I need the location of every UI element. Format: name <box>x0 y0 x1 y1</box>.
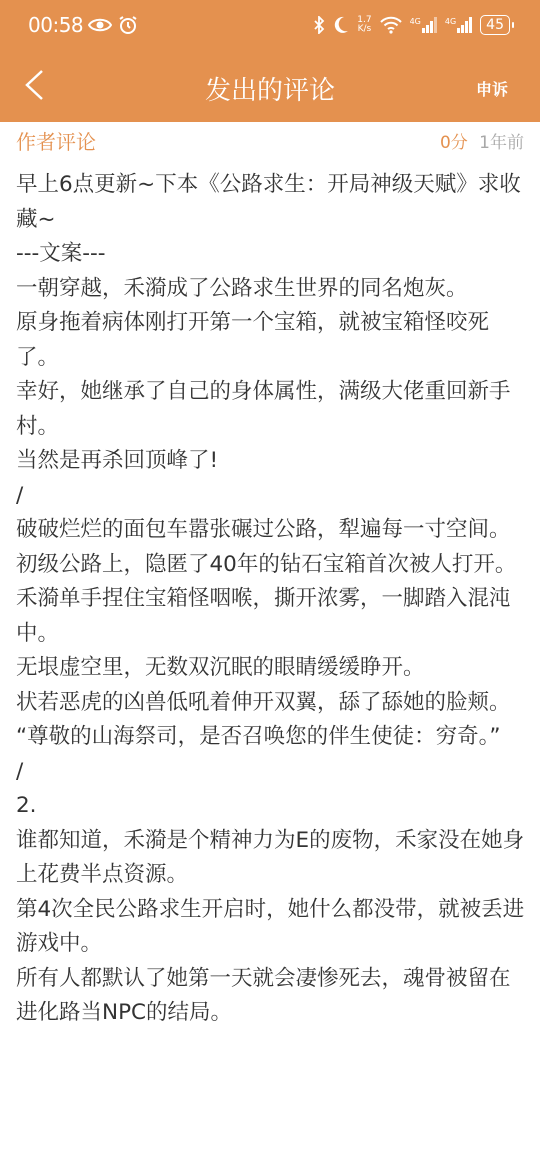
comment-score: 0分 <box>440 133 468 153</box>
signal-4g-icon: 4G <box>410 17 437 33</box>
status-bar: 00:58 1.7 K/s 4G 4G 45 <box>0 0 540 50</box>
comment-line: 所有人都默认了她第一天就会凄惨死去，魂骨被留在进化路当NPC的结局。 <box>16 962 526 1031</box>
battery-icon: 45 <box>480 15 510 35</box>
comment-line: / <box>16 479 526 514</box>
moon-icon <box>333 13 349 37</box>
comment-line: 早上6点更新~下本《公路求生：开局神级天赋》求收藏~ <box>16 168 526 237</box>
comment-time: 1年前 <box>479 133 524 153</box>
comment-line: 第4次全民公路求生开启时，她什么都没带，就被丢进游戏中。 <box>16 893 526 962</box>
comment-meta: 作者评论 0分 1年前 <box>16 124 524 154</box>
status-time: 00:58 <box>28 13 83 37</box>
comment-line: 无垠虚空里，无数双沉眠的眼睛缓缓睁开。 <box>16 651 526 686</box>
net-speed: 1.7 K/s <box>357 16 371 34</box>
comment-line: 原身拖着病体刚打开第一个宝箱，就被宝箱怪咬死了。 <box>16 306 526 375</box>
comment-line: 初级公路上，隐匿了40年的钻石宝箱首次被人打开。 <box>16 548 526 583</box>
comment-line: 破破烂烂的面包车嚣张碾过公路，犁遍每一寸空间。 <box>16 513 526 548</box>
comment-line: 当然是再杀回顶峰了! <box>16 444 526 479</box>
comment-type-label: 作者评论 <box>16 126 96 155</box>
signal-4g-icon: 4G <box>445 17 472 33</box>
comment-line: 禾漪单手捏住宝箱怪咽喉，撕开浓雾，一脚踏入混沌中。 <box>16 582 526 651</box>
comment-line: / <box>16 755 526 790</box>
comment-line: “尊敬的山海祭司，是否召唤您的伴生使徒：穷奇。” <box>16 720 526 755</box>
alarm-icon <box>118 13 138 37</box>
eye-icon <box>88 13 112 37</box>
wifi-icon <box>380 13 402 37</box>
comment-line: 2. <box>16 789 526 824</box>
page-title: 发出的评论 <box>0 70 540 107</box>
bluetooth-icon <box>313 13 325 37</box>
comment-line: 谁都知道，禾漪是个精神力为E的废物，禾家没在她身上花费半点资源。 <box>16 824 526 893</box>
comment-line: 状若恶虎的凶兽低吼着伸开双翼，舔了舔她的脸颊。 <box>16 686 526 721</box>
nav-bar: 发出的评论 申诉 <box>0 50 540 122</box>
comment-line: 幸好，她继承了自己的身体属性，满级大佬重回新手村。 <box>16 375 526 444</box>
appeal-button[interactable]: 申诉 <box>476 77 508 100</box>
comment-line: 一朝穿越，禾漪成了公路求生世界的同名炮灰。 <box>16 272 526 307</box>
comment-line: ---文案--- <box>16 237 526 272</box>
comment-body: 早上6点更新~下本《公路求生：开局神级天赋》求收藏~ ---文案--- 一朝穿越… <box>16 168 526 1031</box>
